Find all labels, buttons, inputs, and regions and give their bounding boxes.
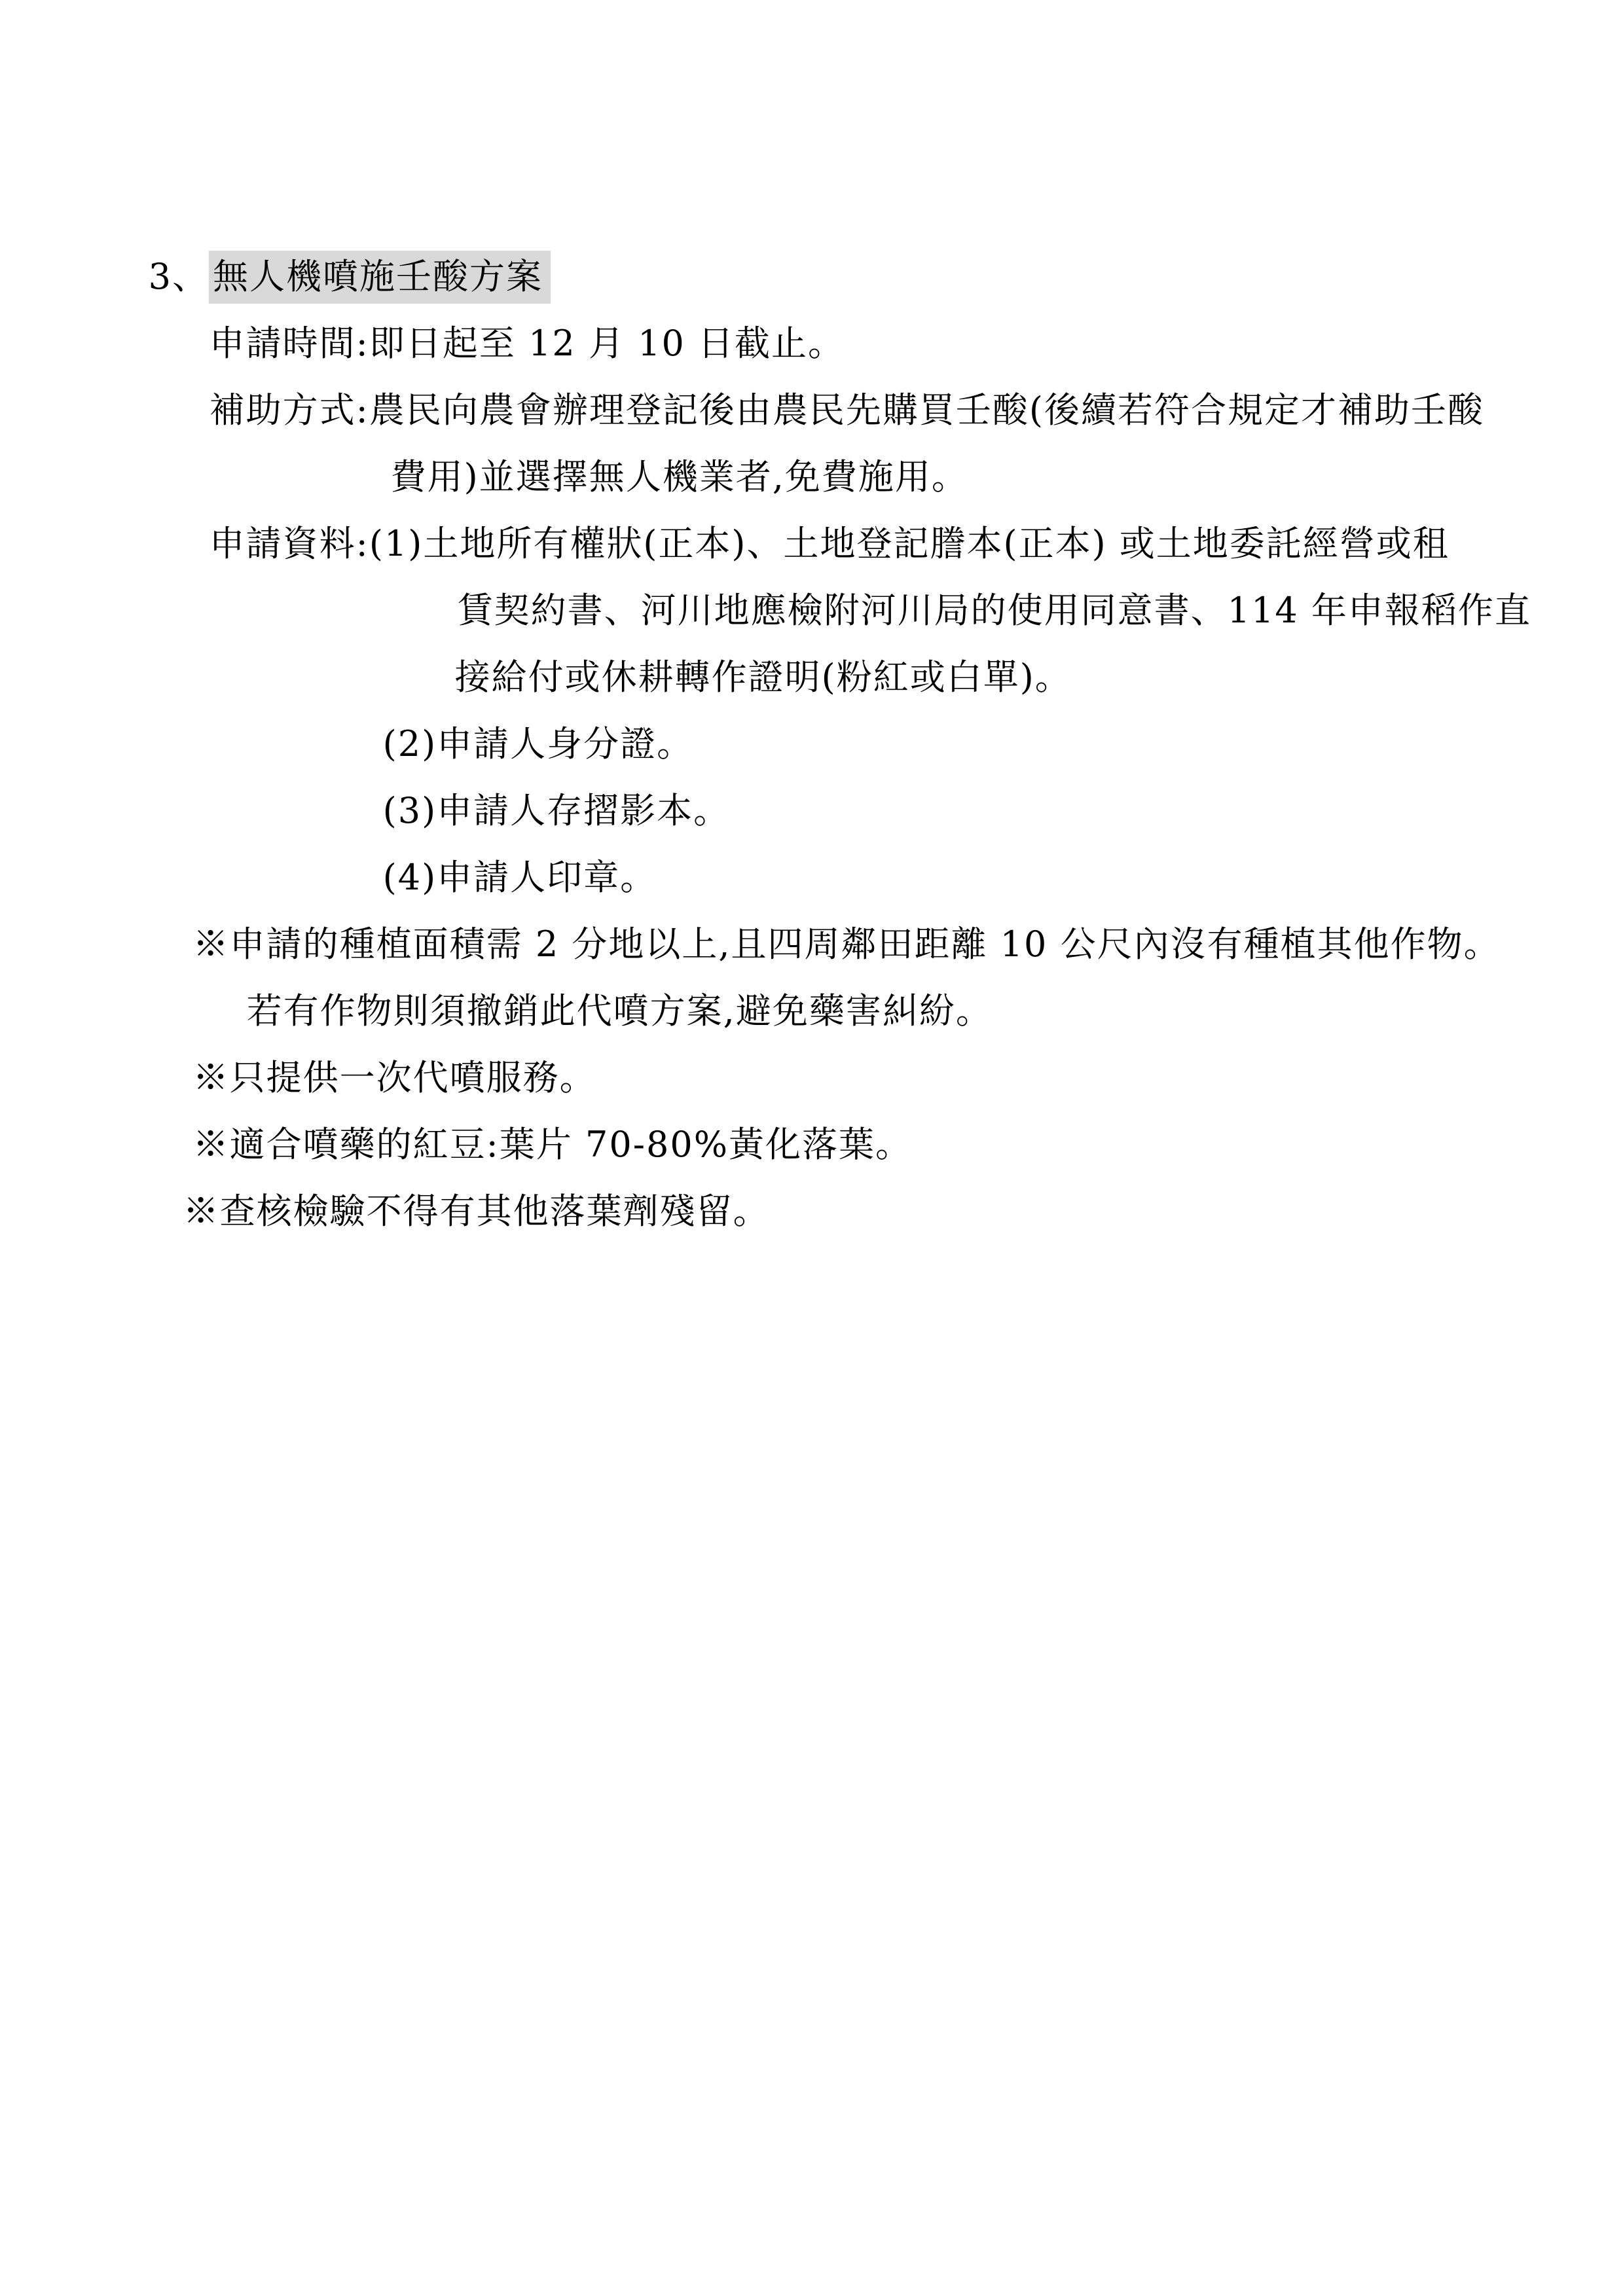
subsidy-method-label: 補助方式: [210,389,369,431]
section-title: 無人機噴施壬酸方案 [209,251,551,304]
note-marker-icon: ※ [193,1124,230,1165]
note-1-line1: 申請的種植面積需 2 分地以上,且四周鄰田距離 10 公尺內沒有種植其他作物。 [230,924,1501,965]
note-4-text: 查核檢驗不得有其他落葉劑殘留。 [220,1191,770,1232]
document-item-1-line1: (1)土地所有權狀(正本)、土地登記謄本(正本) 或土地委託經營或租 [369,523,1450,564]
note-3-text: 適合噴藥的紅豆:葉片 70-80%黃化落葉。 [230,1124,912,1165]
section-number: 3、 [149,256,209,297]
document-item-1-line2: 賃契約書、河川地應檢附河川局的使用同意書、114 年申報稻作直 [458,590,1531,631]
document-page: { "page": { "background_color": "#ffffff… [0,0,1623,2296]
note-1-line2: 若有作物則須撤銷此代噴方案,避免藥害糾紛。 [247,990,993,1031]
application-period-value: 即日起至 12 月 10 日截止。 [369,323,845,364]
section-heading: 3、無人機噴施壬酸方案 [98,177,1623,243]
document-body: 3、無人機噴施壬酸方案 申請時間:即日起至 12 月 10 日截止。 補助方式:… [0,0,1623,1178]
document-item-3-text: (3)申請人存摺影本。 [383,790,731,831]
document-item-2-text: (2)申請人身分證。 [383,723,694,764]
subsidy-method-value-line2: 費用)並選擇無人機業者,免費施用。 [391,456,968,497]
note-2-text: 只提供一次代噴服務。 [230,1057,596,1098]
note-marker-icon: ※ [193,1057,230,1098]
note-marker-icon: ※ [183,1191,220,1232]
document-item-1-line3: 接給付或休耕轉作證明(粉紅或白單)。 [455,656,1072,698]
subsidy-method-value-line1: 農民向農會辦理登記後由農民先購買壬酸(後續若符合規定才補助壬酸 [369,389,1484,431]
note-marker-icon: ※ [193,924,230,965]
application-period-label: 申請時間: [210,323,369,364]
application-documents-label: 申請資料: [210,523,369,564]
document-item-4-text: (4)申請人印章。 [383,857,657,898]
